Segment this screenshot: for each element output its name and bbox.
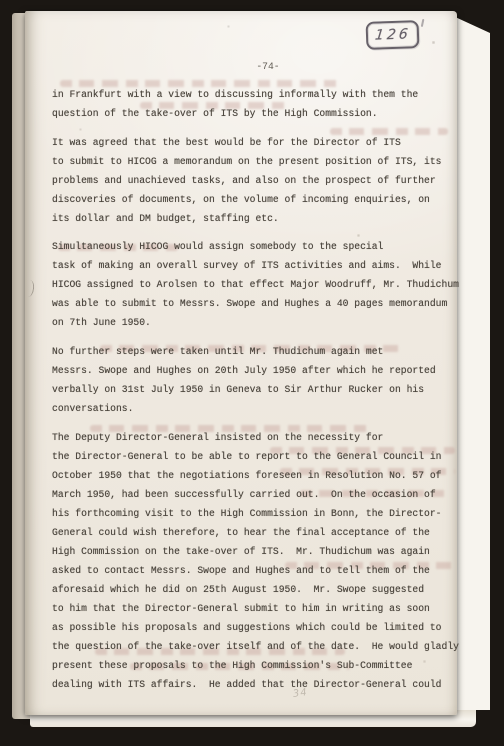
pencil-paren-mark: [25, 280, 35, 298]
archive-stamp-box: 126: [366, 20, 420, 50]
typed-line: Messrs. Swope and Hughes on 20th July 19…: [52, 361, 460, 380]
typed-line: to him that the Director-General submit …: [52, 599, 460, 618]
typed-line: to submit to HICOG a memorandum on the p…: [52, 152, 460, 171]
typed-line: March 1950, had been successfully carrie…: [52, 485, 460, 504]
typed-line: its dollar and DM budget, staffing etc.: [52, 209, 460, 228]
typed-line: It was agreed that the best would be for…: [52, 133, 460, 152]
typed-line: The Deputy Director-General insisted on …: [52, 428, 460, 447]
typed-line: discoveries of documents, on the volume …: [52, 190, 460, 209]
typed-line: HICOG assigned to Arolsen to that effect…: [52, 275, 460, 294]
pencil-note: 34: [292, 687, 308, 700]
typed-line: the question of the take-over itself and…: [52, 637, 460, 656]
typed-line: aforesaid which he did on 25th August 19…: [52, 580, 460, 599]
typed-line: task of making an overall survey of ITS …: [52, 256, 460, 275]
typed-line: dealing with ITS affairs. He added that …: [52, 675, 460, 694]
typed-line: asked to contact Messrs. Swope and Hughe…: [52, 561, 460, 580]
typed-line: No further steps were taken until Mr. Th…: [52, 342, 460, 361]
paper-specks: [25, 11, 26, 12]
archive-stamp-number: 126: [374, 26, 411, 43]
stamp-stroke-mark: [421, 19, 425, 27]
typed-line: problems and unachieved tasks, and also …: [52, 171, 460, 190]
scanned-document-photo: -74- 126 in Frankfurt with a view to dis…: [0, 0, 504, 746]
typed-line: the Director-General to be able to repor…: [52, 447, 460, 466]
document-page: -74- 126 in Frankfurt with a view to dis…: [25, 11, 457, 715]
typed-line: present these proposals to the High Comm…: [52, 656, 460, 675]
typed-line: High Commission on the take-over of ITS.…: [52, 542, 460, 561]
typed-line: question of the take-over of ITS by the …: [52, 104, 460, 123]
typed-line: conversations.: [52, 399, 460, 418]
typed-line: as possible his proposals and suggestion…: [52, 618, 460, 637]
page-number: -74-: [238, 61, 298, 72]
typed-line: on 7th June 1950.: [52, 313, 460, 332]
typed-line: his forthcoming visit to the High Commis…: [52, 504, 460, 523]
typed-line: October 1950 that the negotiations fores…: [52, 466, 460, 485]
typed-line: Simultaneously HICOG would assign somebo…: [52, 237, 460, 256]
typed-line: was able to submit to Messrs. Swope and …: [52, 294, 460, 313]
typed-line: General could wish therefore, to hear th…: [52, 523, 460, 542]
typed-line: verbally on 31st July 1950 in Geneva to …: [52, 380, 460, 399]
typed-line: in Frankfurt with a view to discussing i…: [52, 85, 460, 104]
typewritten-text-block: in Frankfurt with a view to discussing i…: [52, 85, 460, 703]
